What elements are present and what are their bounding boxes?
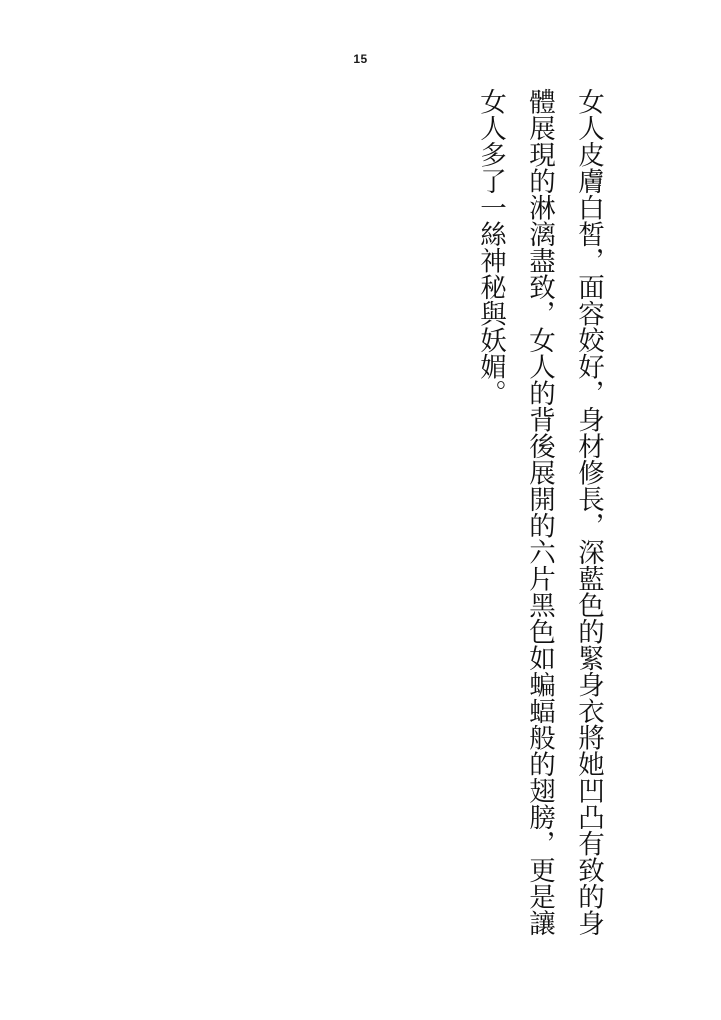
- vertical-text-line: 女人多了一絲神秘與妖媚。: [466, 88, 515, 938]
- document-page: 15 女人皮膚白皙，面容姣好，身材修長，深藍色的緊身衣將她凹凸有致的身 體展現的…: [0, 0, 721, 1020]
- page-number: 15: [0, 52, 721, 66]
- vertical-text-line: 女人皮膚白皙，面容姣好，身材修長，深藍色的緊身衣將她凹凸有致的身: [564, 88, 613, 938]
- vertical-text-line: 體展現的淋漓盡致，女人的背後展開的六片黑色如蝙蝠般的翅膀，更是讓: [515, 88, 564, 938]
- body-text: 女人皮膚白皙，面容姣好，身材修長，深藍色的緊身衣將她凹凸有致的身 體展現的淋漓盡…: [466, 88, 613, 938]
